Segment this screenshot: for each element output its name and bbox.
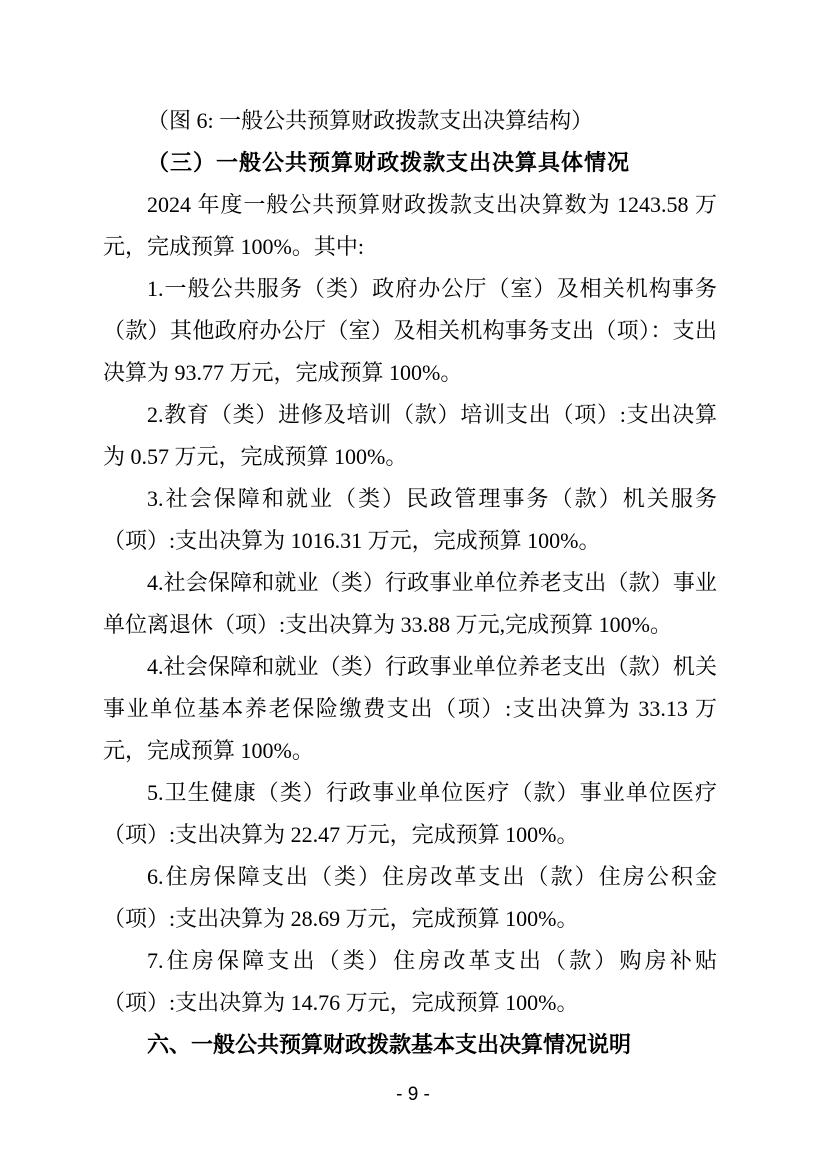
expense-item-5: 5.卫生健康（类）行政事业单位医疗（款）事业单位医疗（项）:支出决算为 22.4…: [103, 772, 717, 856]
expense-item-2: 2.教育（类）进修及培训（款）培训支出（项）:支出决算为 0.57 万元，完成预…: [103, 394, 717, 478]
section-heading-3: （三）一般公共预算财政拨款支出决算具体情况: [103, 142, 717, 184]
expense-item-4a: 4.社会保障和就业（类）行政事业单位养老支出（款）事业单位离退休（项）:支出决算…: [103, 562, 717, 646]
document-body: （图 6: 一般公共预算财政拨款支出决算结构） （三）一般公共预算财政拨款支出决…: [103, 100, 717, 1066]
expense-item-1: 1.一般公共服务（类）政府办公厅（室）及相关机构事务（款）其他政府办公厅（室）及…: [103, 268, 717, 394]
expense-item-7: 7.住房保障支出（类）住房改革支出（款）购房补贴（项）:支出决算为 14.76 …: [103, 940, 717, 1024]
expense-item-3: 3.社会保障和就业（类）民政管理事务（款）机关服务（项）:支出决算为 1016.…: [103, 478, 717, 562]
expense-item-6: 6.住房保障支出（类）住房改革支出（款）住房公积金（项）:支出决算为 28.69…: [103, 856, 717, 940]
expense-item-4b: 4.社会保障和就业（类）行政事业单位养老支出（款）机关事业单位基本养老保险缴费支…: [103, 646, 717, 772]
section-heading-6: 六、一般公共预算财政拨款基本支出决算情况说明: [103, 1024, 717, 1066]
intro-paragraph: 2024 年度一般公共预算财政拨款支出决算数为 1243.58 万元，完成预算 …: [103, 184, 717, 268]
document-page: （图 6: 一般公共预算财政拨款支出决算结构） （三）一般公共预算财政拨款支出决…: [0, 0, 826, 1169]
page-number: - 9 -: [0, 1083, 826, 1107]
figure-caption: （图 6: 一般公共预算财政拨款支出决算结构）: [103, 100, 717, 142]
